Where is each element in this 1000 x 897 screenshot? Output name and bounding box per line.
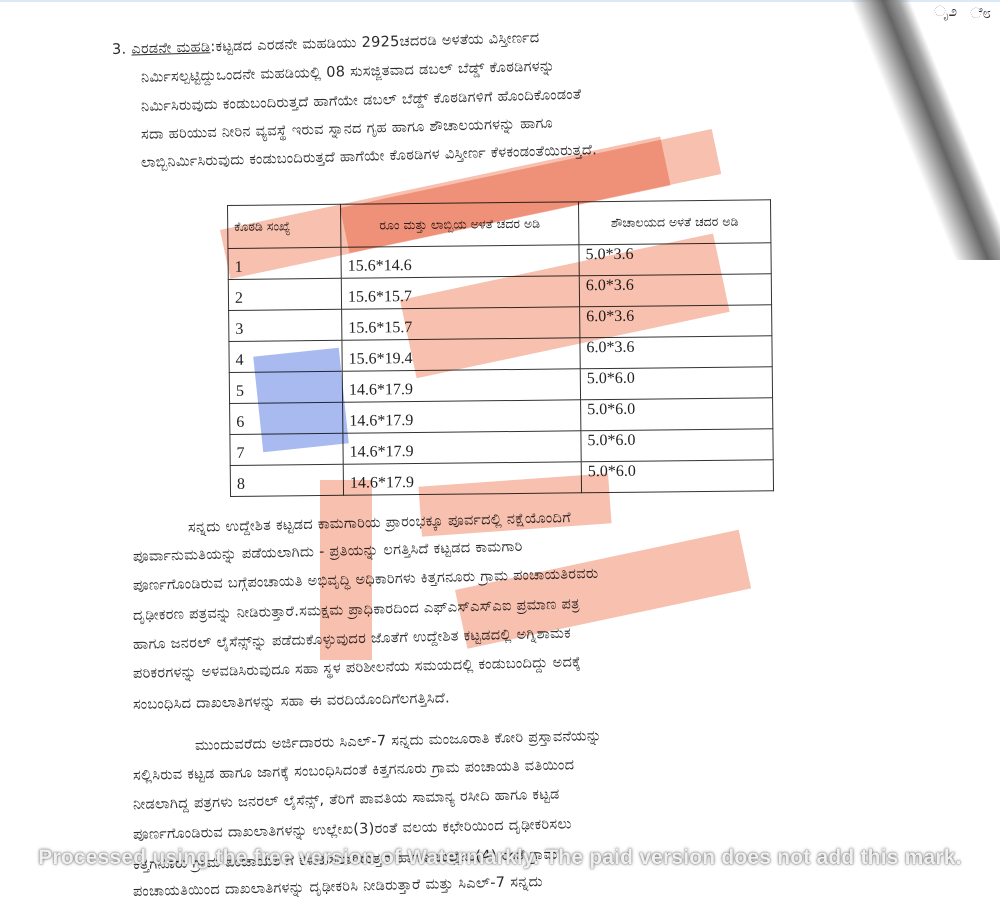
cell-room-lobby-size: 15.6*15.7 <box>342 307 580 340</box>
paragraph-2-line-2: ಪೂರ್ವಾನುಮತಿಯನ್ನು ಪಡೆಯಲಾಗಿದು - ಪ್ರತಿಯನ್ನು… <box>133 539 523 565</box>
paragraph-2-line-5: ಹಾಗೂ ಜನರಲ್ ಲೈಸೆನ್ಸ್‌ನ್ನು ಪಡೆದುಕೊಳ್ಳುವುದರ… <box>133 626 571 653</box>
cell-room-lobby-size: 14.6*17.9 <box>342 369 580 402</box>
cell-room-lobby-size: 14.6*17.9 <box>343 462 581 495</box>
paragraph-3-line-3: ನೀಡಲಾಗಿದ್ದ ಪತ್ರಗಳು ಜನರಲ್ ಲೈಸೆನ್ಸ್, ತೆರಿಗ… <box>133 787 560 813</box>
cell-toilet-size: 6.0*3.6 <box>580 336 772 369</box>
cell-room-lobby-size: 15.6*15.7 <box>341 276 579 309</box>
cell-room-number: 1 <box>228 247 341 279</box>
header-toilet-size: ಶೌಚಾಲಯದ ಅಳತೆ ಚದರ ಅಡಿ <box>578 200 770 245</box>
header-room-number: ಕೊಠಡಿ ಸಂಖ್ಯೆ <box>228 204 341 248</box>
table-row: 814.6*17.95.0*6.0 <box>230 460 773 497</box>
cell-room-number: 7 <box>230 433 343 465</box>
paragraph-2-line-4: ದೃಢೀಕರಣ ಪತ್ರವನ್ನು ನೀಡಿರುತ್ತಾರೆ.ಸಮಕ್ಷಮ ಪ್… <box>133 596 580 624</box>
cell-room-lobby-size: 14.6*17.9 <box>343 431 581 464</box>
room-dimensions-table: ಕೊಠಡಿ ಸಂಖ್ಯೆ ರೂಂ ಮತ್ತು ಲಾಬ್ಬಿಯ ಅಳತೆ ಚದರ … <box>227 199 774 497</box>
cell-toilet-size: 5.0*6.0 <box>581 398 773 431</box>
table-header-row: ಕೊಠಡಿ ಸಂಖ್ಯೆ ರೂಂ ಮತ್ತು ಲಾಬ್ಬಿಯ ಅಳತೆ ಚದರ … <box>228 200 771 249</box>
cell-toilet-size: 5.0*3.6 <box>579 243 771 276</box>
section-number: 3. <box>112 42 127 58</box>
section-3-line-3: ನಿರ್ಮಿಸಿರುವುದು ಕಂಡುಬಂದಿರುತ್ತದೆ ಹಾಗೆಯೇ ಡಬ… <box>141 87 582 115</box>
section-3-line-4: ಸದಾ ಹರಿಯುವ ನೀರಿನ ವ್ಯವಸ್ಥೆ ಇರುವ ಸ್ನಾನದ ಗೃ… <box>141 115 553 143</box>
section-text: :ಕಟ್ಟಡದ ಎರಡನೇ ಮಹಡಿಯು 2925ಚದರಡಿ ಅಳತೆಯ ವಿಸ… <box>210 30 540 55</box>
cell-room-number: 8 <box>230 464 343 496</box>
cell-room-number: 2 <box>228 278 341 310</box>
paragraph-3-line-2: ಸಲ್ಲಿಸಿರುವ ಕಟ್ಟಡ ಹಾಗೂ ಜಾಗಕ್ಕೆ ಸಂಬಂಧಿಸಿದಂ… <box>133 757 575 784</box>
paragraph-2-line-7: ಸಂಬಂಧಿಸಿದ ದಾಖಲಾತಿಗಳನ್ನು ಸಹಾ ಈ ವರದಿಯೊಂದಿಗ… <box>133 690 450 713</box>
cell-room-lobby-size: 15.6*14.6 <box>341 245 579 278</box>
cell-toilet-size: 6.0*3.6 <box>579 274 771 307</box>
cell-room-lobby-size: 15.6*19.4 <box>342 338 580 371</box>
paragraph-2-line-1: ಸನ್ನದು ಉದ್ದೇಶಿತ ಕಟ್ಟಡದ ಕಾಮಗಾರಿಯ ಪ್ರಾರಂಭಕ… <box>188 510 571 536</box>
scanned-document-page: ೃ೨ ೆ೮ 3. ಎರಡನೇ ಮಹಡಿ:ಕಟ್ಟಡದ ಎರಡನೇ ಮಹಡಿಯು … <box>0 0 1000 897</box>
margin-note: ೆ೮ <box>970 4 991 22</box>
cell-room-number: 5 <box>229 371 342 403</box>
paragraph-3-line-6: ಪಂಚಾಯತಿಯಿಂದ ದಾಖಲಾತಿಗಳನ್ನು ದೃಢೀಕರಿಸಿ ನೀಡಿ… <box>133 874 543 897</box>
cell-toilet-size: 6.0*3.6 <box>580 305 772 338</box>
section-3-line-2: ನಿರ್ಮಿಸಲ್ಪಟ್ಟಿದ್ದುಒಂದನೇ ಮಹಡಿಯಲ್ಲಿ 08 ಸುಸ… <box>141 58 555 86</box>
paragraph-3-line-4: ಪೂರ್ಣಗೊಂಡಿರುವ ದಾಖಲಾತಿಗಳನ್ನು ಉಲ್ಲೇಖ(3)ರಂತ… <box>133 816 572 843</box>
cell-room-number: 6 <box>230 402 343 434</box>
section-3-line-5: ಲಾಬ್ಬಿನಿರ್ಮಿಸಿರುವುದು ಕಂಡುಬಂದಿರುತ್ತದೆ ಹಾಗ… <box>141 142 597 171</box>
cell-room-number: 4 <box>229 340 342 372</box>
header-room-lobby-size: ರೂಂ ಮತ್ತು ಲಾಬ್ಬಿಯ ಅಳತೆ ಚದರ ಅಡಿ <box>340 202 578 247</box>
cell-toilet-size: 5.0*6.0 <box>581 460 773 493</box>
cell-room-number: 3 <box>229 309 342 341</box>
margin-note: ೃ೨ <box>934 2 957 20</box>
paragraph-2-line-6: ಪರಿಕರಗಳನ್ನು ಅಳವಡಿಸಿರುವುದೂ ಸಹಾ ಸ್ಥಳ ಪರಿಶೀ… <box>133 654 581 682</box>
paragraph-2-line-3: ಪೂರ್ಣಗೊಂಡಿರುವ ಬಗ್ಗೆಪಂಚಾಯತಿ ಅಭಿವೃದ್ಧಿ ಅಧಿ… <box>133 566 599 594</box>
cell-room-lobby-size: 14.6*17.9 <box>343 400 581 433</box>
paragraph-3-line-1: ಮುಂದುವರೆದು ಅರ್ಜಿದಾರರು ಸಿಎಲ್-7 ಸನ್ನದು ಮಂಜ… <box>195 728 602 754</box>
watermark-text: Processed using the free version of Wate… <box>0 846 1000 870</box>
section-3-line-1: 3. ಎರಡನೇ ಮಹಡಿ:ಕಟ್ಟಡದ ಎರಡನೇ ಮಹಡಿಯು 2925ಚದ… <box>112 30 540 58</box>
binding-shadow <box>846 0 1000 260</box>
cell-toilet-size: 5.0*6.0 <box>580 367 772 400</box>
cell-toilet-size: 5.0*6.0 <box>581 429 773 462</box>
section-heading: ಎರಡನೇ ಮಹಡಿ <box>131 39 210 57</box>
